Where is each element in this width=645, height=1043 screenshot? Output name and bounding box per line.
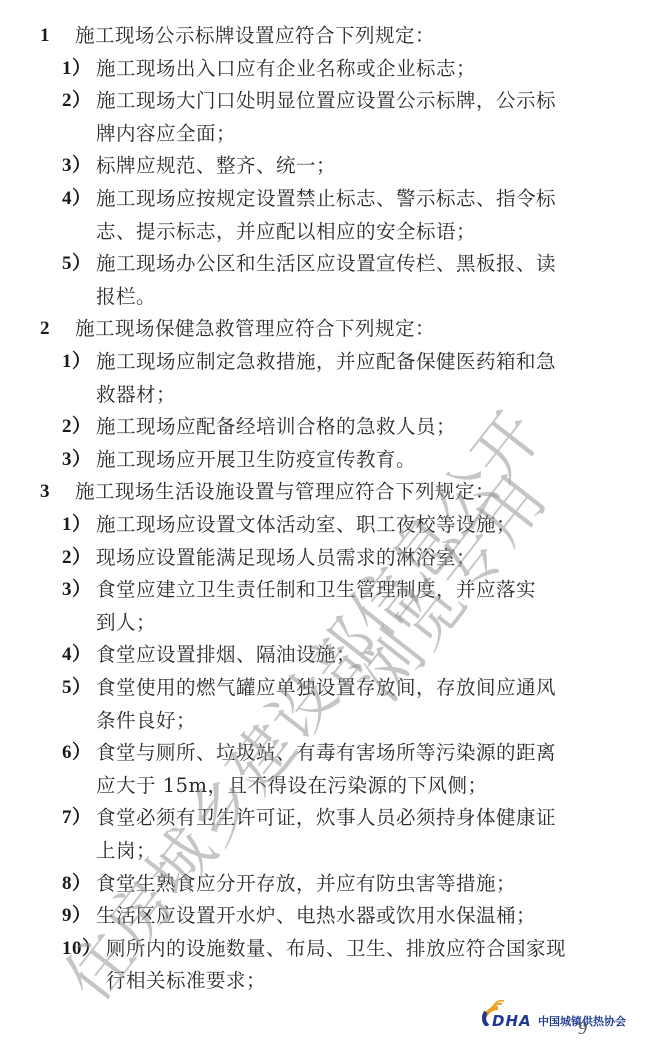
line-text: 应大于 15m，且不得设在污染源的下风侧； — [96, 774, 488, 798]
item-number: 1 — [40, 24, 50, 48]
item-number: 1） — [62, 350, 92, 374]
item-number: 4） — [62, 643, 92, 667]
item-number: 3 — [40, 480, 50, 504]
line-text: 施工现场生活设施设置与管理应符合下列规定： — [75, 480, 495, 504]
line-text: 到人； — [96, 611, 156, 635]
line-text: 施工现场应按规定设置禁止标志、警示标志、指令标 — [96, 187, 556, 211]
document-page: 1施工现场公示标牌设置应符合下列规定：1）施工现场出入口应有企业名称或企业标志；… — [0, 0, 645, 1043]
line-text: 牌内容应全面； — [96, 122, 236, 146]
item-number: 5） — [62, 676, 92, 700]
line-text: 施工现场公示标牌设置应符合下列规定： — [75, 24, 435, 48]
line-text: 标牌应规范、整齐、统一； — [96, 154, 336, 178]
line-text: 施工现场办公区和生活区应设置宣传栏、黑板报、读 — [96, 252, 556, 276]
item-number: 1） — [62, 513, 92, 537]
line-text: 施工现场保健急救管理应符合下列规定： — [75, 317, 435, 341]
item-number: 2 — [40, 317, 50, 341]
item-number: 10） — [62, 937, 102, 961]
item-number: 3） — [62, 448, 92, 472]
line-text: 施工现场应设置文体活动室、职工夜校等设施； — [96, 513, 516, 537]
line-text: 施工现场大门口处明显位置应设置公示标牌，公示标 — [96, 89, 556, 113]
line-text: 食堂应设置排烟、隔油设施； — [96, 643, 356, 667]
line-text: 报栏。 — [96, 285, 156, 309]
line-text: 救器材； — [96, 383, 176, 407]
line-text: 施工现场应开展卫生防疫宣传教育。 — [96, 448, 416, 472]
line-text: 志、提示标志，并应配以相应的安全标语； — [96, 220, 476, 244]
association-logo: DHA 中国城镇供热协会 — [478, 998, 638, 1038]
item-number: 5） — [62, 252, 92, 276]
line-text: 现场应设置能满足现场人员需求的淋浴室； — [96, 546, 476, 570]
line-text: 食堂应建立卫生责任制和卫生管理制度，并应落实 — [96, 578, 536, 602]
line-text: 食堂必须有卫生许可证，炊事人员必须持身体健康证 — [96, 806, 556, 830]
item-number: 9） — [62, 904, 92, 928]
line-text: 食堂使用的燃气罐应单独设置存放间，存放间应通风 — [96, 676, 556, 700]
line-text: 上岗； — [96, 839, 156, 863]
item-number: 6） — [62, 741, 92, 765]
item-number: 2） — [62, 546, 92, 570]
item-number: 8） — [62, 872, 92, 896]
item-number: 2） — [62, 415, 92, 439]
item-number: 4） — [62, 187, 92, 211]
line-text: 条件良好； — [96, 709, 196, 733]
line-text: 厕所内的设施数量、布局、卫生、排放应符合国家现 — [106, 937, 566, 961]
line-text: 食堂与厕所、垃圾站、有毒有害场所等污染源的距离 — [96, 741, 556, 765]
page-number: 9 — [578, 1018, 587, 1039]
logo-abbreviation: DHA — [492, 1012, 532, 1030]
line-text: 施工现场应制定急救措施，并应配备保健医药箱和急 — [96, 350, 556, 374]
line-text: 施工现场应配备经培训合格的急救人员； — [96, 415, 456, 439]
item-number: 1） — [62, 57, 92, 81]
line-text: 施工现场出入口应有企业名称或企业标志； — [96, 57, 476, 81]
item-number: 7） — [62, 806, 92, 830]
line-text: 行相关标准要求； — [106, 969, 266, 993]
item-number: 2） — [62, 89, 92, 113]
item-number: 3） — [62, 154, 92, 178]
item-number: 3） — [62, 578, 92, 602]
line-text: 食堂生熟食应分开存放，并应有防虫害等措施； — [96, 872, 516, 896]
line-text: 生活区应设置开水炉、电热水器或饮用水保温桶； — [96, 904, 536, 928]
